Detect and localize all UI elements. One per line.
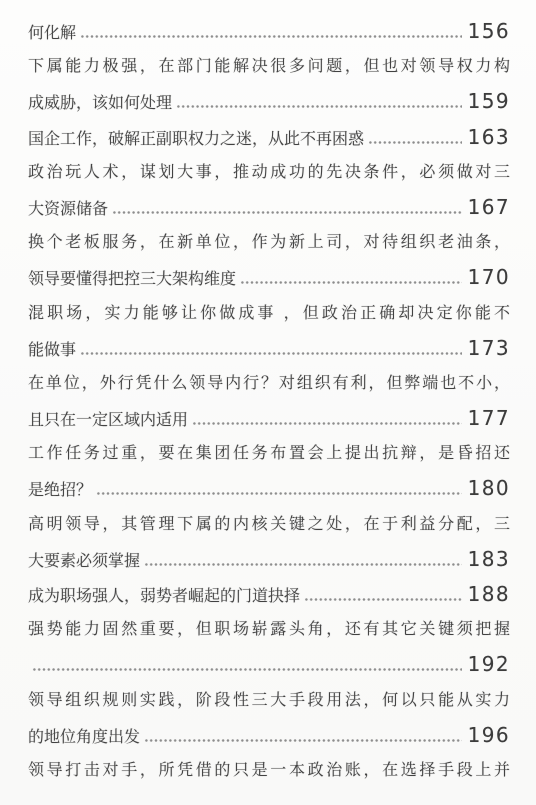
toc-entry-line: 换个老板服务，在新单位，作为新上司，对待组织老油条， <box>28 225 510 260</box>
toc-entry-text: 政治玩人术，谋划大事，推动成功的先决条件，必须做对三 <box>28 164 510 181</box>
toc-entry-text: 大要素必须掌握 <box>28 544 140 579</box>
page-number: 196 <box>466 718 510 753</box>
toc-entry-line: 成为职场强人，弱势者崛起的门道抉择 188 <box>28 577 510 612</box>
dot-leader <box>176 105 462 108</box>
toc-entry-text: 下属能力极强，在部门能解决很多问题，但也对领导权力构 <box>28 58 510 75</box>
page-number: 159 <box>466 84 510 119</box>
toc-entry-line: 混职场，实力能够让你做成事 ，但政治正确却决定你能不 <box>28 296 510 331</box>
toc-entry-line: 国企工作，破解正副职权力之迷，从此不再困惑 163 <box>28 120 510 155</box>
toc-entry-line: 能做事 173 <box>28 331 510 366</box>
toc-entry-text: 领导组织规则实践，阶段性三大手段用法，何以只能从实力 <box>28 692 510 709</box>
page-number: 167 <box>466 190 510 225</box>
toc-entry-line: 强势能力固然重要，但职场崭露头角，还有其它关键须把握 <box>28 612 510 647</box>
toc-entry-text: 的地位角度出发 <box>28 720 140 755</box>
toc-entry-line: 大要素必须掌握 183 <box>28 542 510 577</box>
page-number: 180 <box>466 471 510 506</box>
toc-entry-line: 的地位角度出发 196 <box>28 718 510 753</box>
toc-entry-line: 大资源储备 167 <box>28 190 510 225</box>
page-number: 177 <box>466 401 510 436</box>
toc-entry-line: 领导打击对手，所凭借的只是一本政治账，在选择手段上并 <box>28 753 510 788</box>
dot-leader <box>80 35 462 38</box>
toc-entry-line: 下属能力极强，在部门能解决很多问题，但也对领导权力构 <box>28 49 510 84</box>
toc-entry-text: 强势能力固然重要，但职场崭露头角，还有其它关键须把握 <box>28 621 510 638</box>
dot-leader <box>304 598 462 601</box>
toc-entry-text: 在单位，外行凭什么领导内行？对组织有利，但弊端也不小， <box>28 375 510 392</box>
toc-entry-text: 大资源储备 <box>28 192 108 227</box>
toc-entry-line: 成威胁，该如何处理 159 <box>28 84 510 119</box>
toc-entry-text: 混职场，实力能够让你做成事 ，但政治正确却决定你能不 <box>28 305 510 322</box>
toc-entry-text: 成为职场强人，弱势者崛起的门道抉择 <box>28 579 300 614</box>
toc-entry-text: 且只在一定区域内适用 <box>28 403 188 438</box>
toc-entry-line: 高明领导，其管理下属的内核关键之处，在于利益分配，三 <box>28 507 510 542</box>
toc-entry-text: 成威胁，该如何处理 <box>28 86 172 121</box>
toc-entry-text: 何化解 <box>28 16 76 51</box>
toc-entry-line: 工作任务过重，要在集团任务布置会上提出抗辩，是昏招还 <box>28 436 510 471</box>
dot-leader <box>240 281 462 284</box>
toc-entry-text: 领导要懂得把控三大架构维度 <box>28 262 236 297</box>
toc-entry-line: 在单位，外行凭什么领导内行？对组织有利，但弊端也不小， <box>28 366 510 401</box>
toc-entry-line: 192 <box>28 647 510 682</box>
dot-leader <box>80 352 462 355</box>
toc-entry-text: 能做事 <box>28 333 76 368</box>
page-number: 163 <box>466 120 510 155</box>
dot-leader <box>144 739 462 742</box>
page-number: 170 <box>466 260 510 295</box>
toc-entry-text: 高明领导，其管理下属的内核关键之处，在于利益分配，三 <box>28 516 510 533</box>
dot-leader <box>144 563 462 566</box>
page-number: 173 <box>466 331 510 366</box>
toc-entry-text: 国企工作，破解正副职权力之迷，从此不再困惑 <box>28 122 364 157</box>
dot-leader <box>368 141 462 144</box>
toc-entry-line: 何化解 156 <box>28 14 510 49</box>
toc-entry-line: 且只在一定区域内适用 177 <box>28 401 510 436</box>
dot-leader <box>32 668 462 671</box>
dot-leader <box>112 211 462 214</box>
toc-entry-line: 政治玩人术，谋划大事，推动成功的先决条件，必须做对三 <box>28 155 510 190</box>
toc-entry-line: 是绝招？ 180 <box>28 471 510 506</box>
dot-leader <box>192 422 462 425</box>
toc-entry-text: 换个老板服务，在新单位，作为新上司，对待组织老油条， <box>28 234 510 251</box>
dot-leader <box>96 492 462 495</box>
toc-entry-text: 工作任务过重，要在集团任务布置会上提出抗辩，是昏招还 <box>28 445 510 462</box>
toc-page: 何化解 156 下属能力极强，在部门能解决很多问题，但也对领导权力构 成威胁，该… <box>0 0 536 805</box>
page-number: 192 <box>466 647 510 682</box>
page-number: 188 <box>466 577 510 612</box>
page-number: 156 <box>466 14 510 49</box>
toc-entry-text: 领导打击对手，所凭借的只是一本政治账，在选择手段上并 <box>28 762 510 779</box>
toc-entry-text: 是绝招？ <box>28 473 92 508</box>
page-number: 183 <box>466 542 510 577</box>
toc-entry-line: 领导要懂得把控三大架构维度 170 <box>28 260 510 295</box>
toc-entry-line: 领导组织规则实践，阶段性三大手段用法，何以只能从实力 <box>28 683 510 718</box>
